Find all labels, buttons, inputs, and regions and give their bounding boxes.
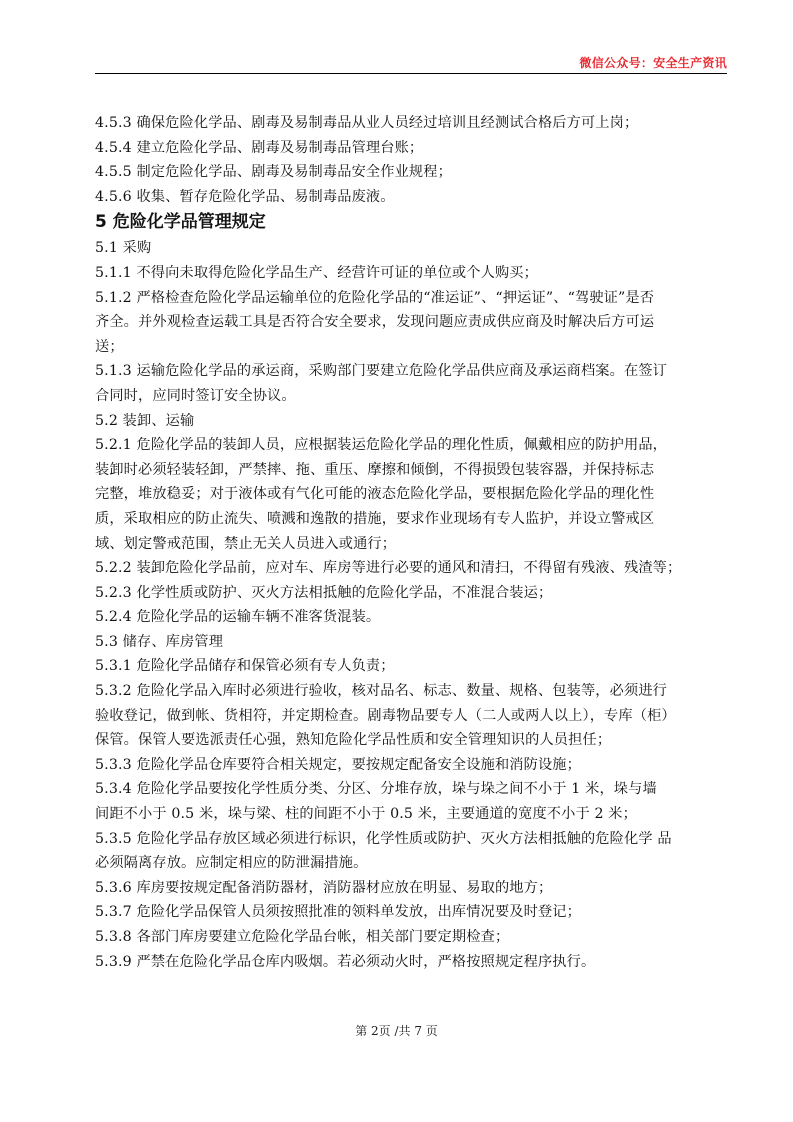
clause-5-1-3: 5.1.3 运输危险化学品的承运商，采购部门要建立危险化学品供应商及承运商档案。… xyxy=(95,359,727,408)
clause-line: 必须隔离存放。应制定相应的防泄漏措施。 xyxy=(95,851,727,876)
page-number-indicator: 第 2页 /共 7 页 xyxy=(355,1024,438,1038)
clause-line: 5.2.1 危险化学品的装卸人员，应根据装运危险化学品的理化性质，佩戴相应的防护… xyxy=(95,433,727,458)
clause-line: 验收登记，做到帐、货相符，并定期检查。剧毒物品要专人（二人或两人以上），专库（柜… xyxy=(95,704,727,729)
clause-line: 质，采取相应的防止流失、喷溅和逸散的措施，要求作业现场有专人监护，并设立警戒区 xyxy=(95,507,727,532)
clause-line: 5.3.4 危险化学品要按化学性质分类、分区、分堆存放，垛与垛之间不小于 1 米… xyxy=(95,777,727,802)
clause-5-3-4: 5.3.4 危险化学品要按化学性质分类、分区、分堆存放，垛与垛之间不小于 1 米… xyxy=(95,777,727,826)
page-footer: 第 2页 /共 7 页 xyxy=(0,1022,793,1039)
clause-4-5-6: 4.5.6 收集、暂存危险化学品、易制毒品废液。 xyxy=(95,185,727,210)
subsection-title-5-3: 5.3 储存、库房管理 xyxy=(95,630,727,655)
clause-line: 齐全。并外观检查运载工具是否符合安全要求，发现问题应责成供应商及时解决后方可运 xyxy=(95,310,727,335)
section-heading-5: 5 危险化学品管理规定 xyxy=(95,208,727,236)
clause-5-2-4: 5.2.4 危险化学品的运输车辆不准客货混装。 xyxy=(95,605,727,630)
clause-5-3-9: 5.3.9 严禁在危险化学品仓库内吸烟。若必须动火时，严格按照规定程序执行。 xyxy=(95,950,727,975)
clause-line: 完整，堆放稳妥；对于液体或有气化可能的液态危险化学品，要根据危险化学品的理化性 xyxy=(95,482,727,507)
clause-5-2-2: 5.2.2 装卸危险化学品前，应对车、库房等进行必要的通风和清扫，不得留有残液、… xyxy=(95,556,727,581)
subsection-title-5-2: 5.2 装卸、运输 xyxy=(95,409,727,434)
clause-5-3-1: 5.3.1 危险化学品储存和保管必须有专人负责； xyxy=(95,654,727,679)
clause-line: 间距不小于 0.5 米，垛与梁、柱的间距不小于 0.5 米，主要通道的宽度不小于… xyxy=(95,802,727,827)
document-body: 4.5.3 确保危险化学品、剧毒及易制毒品从业人员经过培训且经测试合格后方可上岗… xyxy=(95,111,727,974)
clause-4-5-3: 4.5.3 确保危险化学品、剧毒及易制毒品从业人员经过培训且经测试合格后方可上岗… xyxy=(95,111,727,136)
header-wechat-account: 微信公众号：安全生产资讯 xyxy=(579,54,727,71)
clause-line: 送； xyxy=(95,335,727,360)
clause-5-3-8: 5.3.8 各部门库房要建立危险化学品台帐，相关部门要定期检查； xyxy=(95,925,727,950)
clause-line: 合同时，应同时签订安全协议。 xyxy=(95,384,727,409)
clause-5-3-6: 5.3.6 库房要按规定配备消防器材，消防器材应放在明显、易取的地方； xyxy=(95,876,727,901)
clause-line: 保管。保管人要选派责任心强，熟知危险化学品性质和安全管理知识的人员担任； xyxy=(95,728,727,753)
clause-5-3-5: 5.3.5 危险化学品存放区域必须进行标识，化学性质或防护、灭火方法相抵触的危险… xyxy=(95,827,727,876)
clause-line: 5.1.2 严格检查危险化学品运输单位的危险化学品的“准运证”、“押运证”、“驾… xyxy=(95,286,727,311)
clause-5-1-2: 5.1.2 严格检查危险化学品运输单位的危险化学品的“准运证”、“押运证”、“驾… xyxy=(95,286,727,360)
clause-5-3-7: 5.3.7 危险化学品保管人员须按照批准的领料单发放，出库情况要及时登记； xyxy=(95,900,727,925)
clause-5-3-3: 5.3.3 危险化学品仓库要符合相关规定，要按规定配备安全设施和消防设施； xyxy=(95,753,727,778)
clause-5-1-1: 5.1.1 不得向未取得危险化学品生产、经营许可证的单位或个人购买； xyxy=(95,261,727,286)
clause-5-2-3: 5.2.3 化学性质或防护、灭火方法相抵触的危险化学品，不准混合装运； xyxy=(95,581,727,606)
subsection-title-5-1: 5.1 采购 xyxy=(95,236,727,261)
clause-4-5-5: 4.5.5 制定危险化学品、剧毒及易制毒品安全作业规程； xyxy=(95,160,727,185)
clause-4-5-4: 4.5.4 建立危险化学品、剧毒及易制毒品管理台账； xyxy=(95,136,727,161)
clause-5-3-2: 5.3.2 危险化学品入库时必须进行验收，核对品名、标志、数量、规格、包装等，必… xyxy=(95,679,727,753)
clause-line: 5.3.5 危险化学品存放区域必须进行标识，化学性质或防护、灭火方法相抵触的危险… xyxy=(95,827,727,852)
clause-line: 5.1.3 运输危险化学品的承运商，采购部门要建立危险化学品供应商及承运商档案。… xyxy=(95,359,727,384)
clause-line: 域、划定警戒范围，禁止无关人员进入或通行； xyxy=(95,532,727,557)
clause-5-2-1: 5.2.1 危险化学品的装卸人员，应根据装运危险化学品的理化性质，佩戴相应的防护… xyxy=(95,433,727,556)
clause-line: 装卸时必须轻装轻卸，严禁摔、拖、重压、摩擦和倾倒，不得损毁包装容器，并保持标志 xyxy=(95,458,727,483)
clause-line: 5.3.2 危险化学品入库时必须进行验收，核对品名、标志、数量、规格、包装等，必… xyxy=(95,679,727,704)
page-header: 微信公众号：安全生产资讯 xyxy=(95,40,727,74)
